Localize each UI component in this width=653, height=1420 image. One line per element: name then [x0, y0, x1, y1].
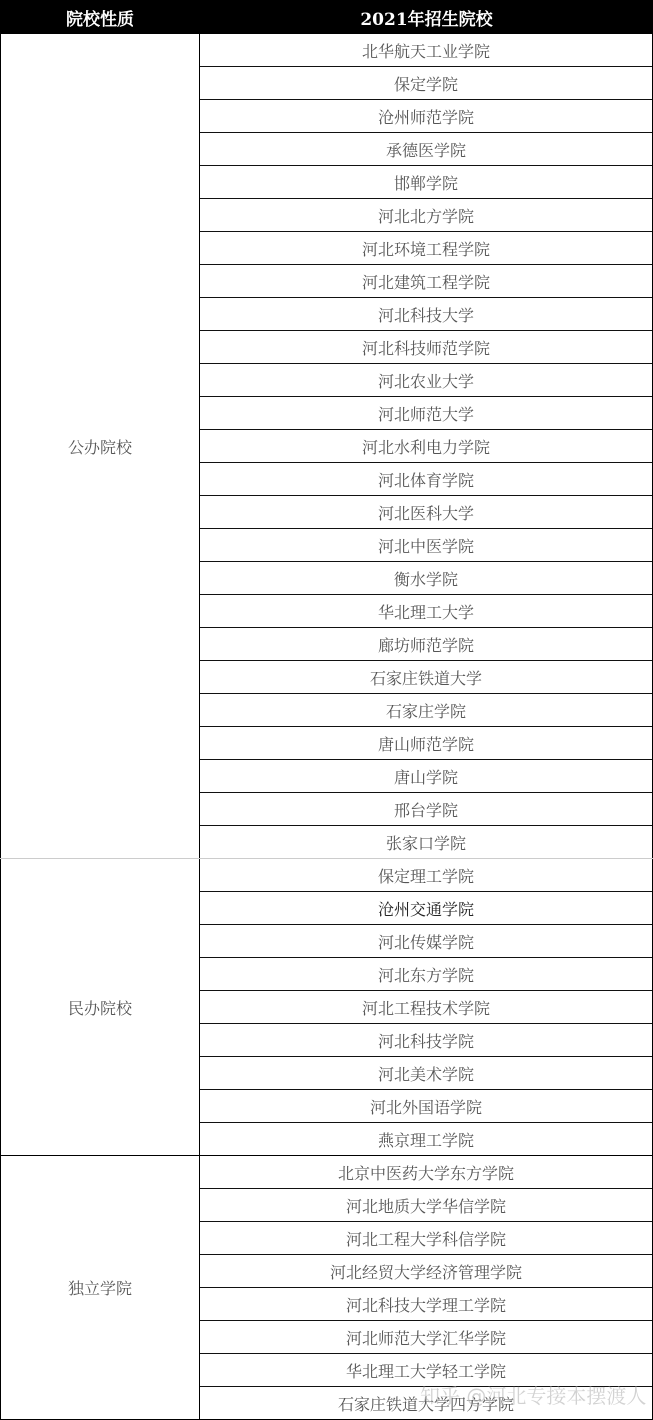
table-row: 承德医学院	[200, 133, 652, 166]
table-row: 河北北方学院	[200, 199, 652, 232]
table-row: 河北师范大学	[200, 397, 652, 430]
group-0: 公办院校北华航天工业学院保定学院沧州师范学院承德医学院邯郸学院河北北方学院河北环…	[0, 34, 653, 859]
table-row: 河北经贸大学经济管理学院	[200, 1255, 652, 1288]
table-row: 河北中医学院	[200, 529, 652, 562]
table-row: 保定学院	[200, 67, 652, 100]
table-header: 院校性质 2021年招生院校	[0, 0, 653, 34]
table-row: 河北传媒学院	[200, 925, 652, 958]
table-row: 唐山师范学院	[200, 727, 652, 760]
table-row: 河北工程大学科信学院	[200, 1222, 652, 1255]
table-row: 河北建筑工程学院	[200, 265, 652, 298]
table-row: 华北理工大学	[200, 595, 652, 628]
table-row: 河北科技大学理工学院	[200, 1288, 652, 1321]
table-row: 河北水利电力学院	[200, 430, 652, 463]
table-row: 张家口学院	[200, 826, 652, 858]
table-row: 邯郸学院	[200, 166, 652, 199]
table-row: 河北医科大学	[200, 496, 652, 529]
table-row: 北华航天工业学院	[200, 34, 652, 67]
table-row: 河北科技学院	[200, 1024, 652, 1057]
header-schools-2021: 2021年招生院校	[200, 0, 653, 34]
table-row: 河北工程技术学院	[200, 991, 652, 1024]
table-row: 邢台学院	[200, 793, 652, 826]
table-row: 石家庄铁道大学四方学院	[200, 1387, 652, 1419]
table-row: 河北科技大学	[200, 298, 652, 331]
schools-table: 公办院校北华航天工业学院保定学院沧州师范学院承德医学院邯郸学院河北北方学院河北环…	[0, 34, 653, 1420]
table-row: 河北东方学院	[200, 958, 652, 991]
table-row: 唐山学院	[200, 760, 652, 793]
table-row: 河北环境工程学院	[200, 232, 652, 265]
table-row: 衡水学院	[200, 562, 652, 595]
table-row: 北京中医药大学东方学院	[200, 1156, 652, 1189]
group-label: 民办院校	[0, 859, 199, 1155]
group-label: 独立学院	[0, 1156, 199, 1419]
table-row: 河北美术学院	[200, 1057, 652, 1090]
table-row: 石家庄铁道大学	[200, 661, 652, 694]
header-school-type: 院校性质	[0, 0, 200, 34]
table-row: 保定理工学院	[200, 859, 652, 892]
table-row: 河北体育学院	[200, 463, 652, 496]
table-row: 华北理工大学轻工学院	[200, 1354, 652, 1387]
table-row: 沧州师范学院	[200, 100, 652, 133]
table-row: 石家庄学院	[200, 694, 652, 727]
group-1: 民办院校保定理工学院沧州交通学院河北传媒学院河北东方学院河北工程技术学院河北科技…	[0, 859, 653, 1156]
table-row: 河北科技师范学院	[200, 331, 652, 364]
table-row: 河北外国语学院	[200, 1090, 652, 1123]
table-row: 河北师范大学汇华学院	[200, 1321, 652, 1354]
table-row: 沧州交通学院	[200, 892, 652, 925]
table-row: 燕京理工学院	[200, 1123, 652, 1155]
table-row: 河北地质大学华信学院	[200, 1189, 652, 1222]
table-row: 河北农业大学	[200, 364, 652, 397]
table-row: 廊坊师范学院	[200, 628, 652, 661]
group-2: 独立学院北京中医药大学东方学院河北地质大学华信学院河北工程大学科信学院河北经贸大…	[0, 1156, 653, 1420]
group-label: 公办院校	[0, 34, 199, 858]
